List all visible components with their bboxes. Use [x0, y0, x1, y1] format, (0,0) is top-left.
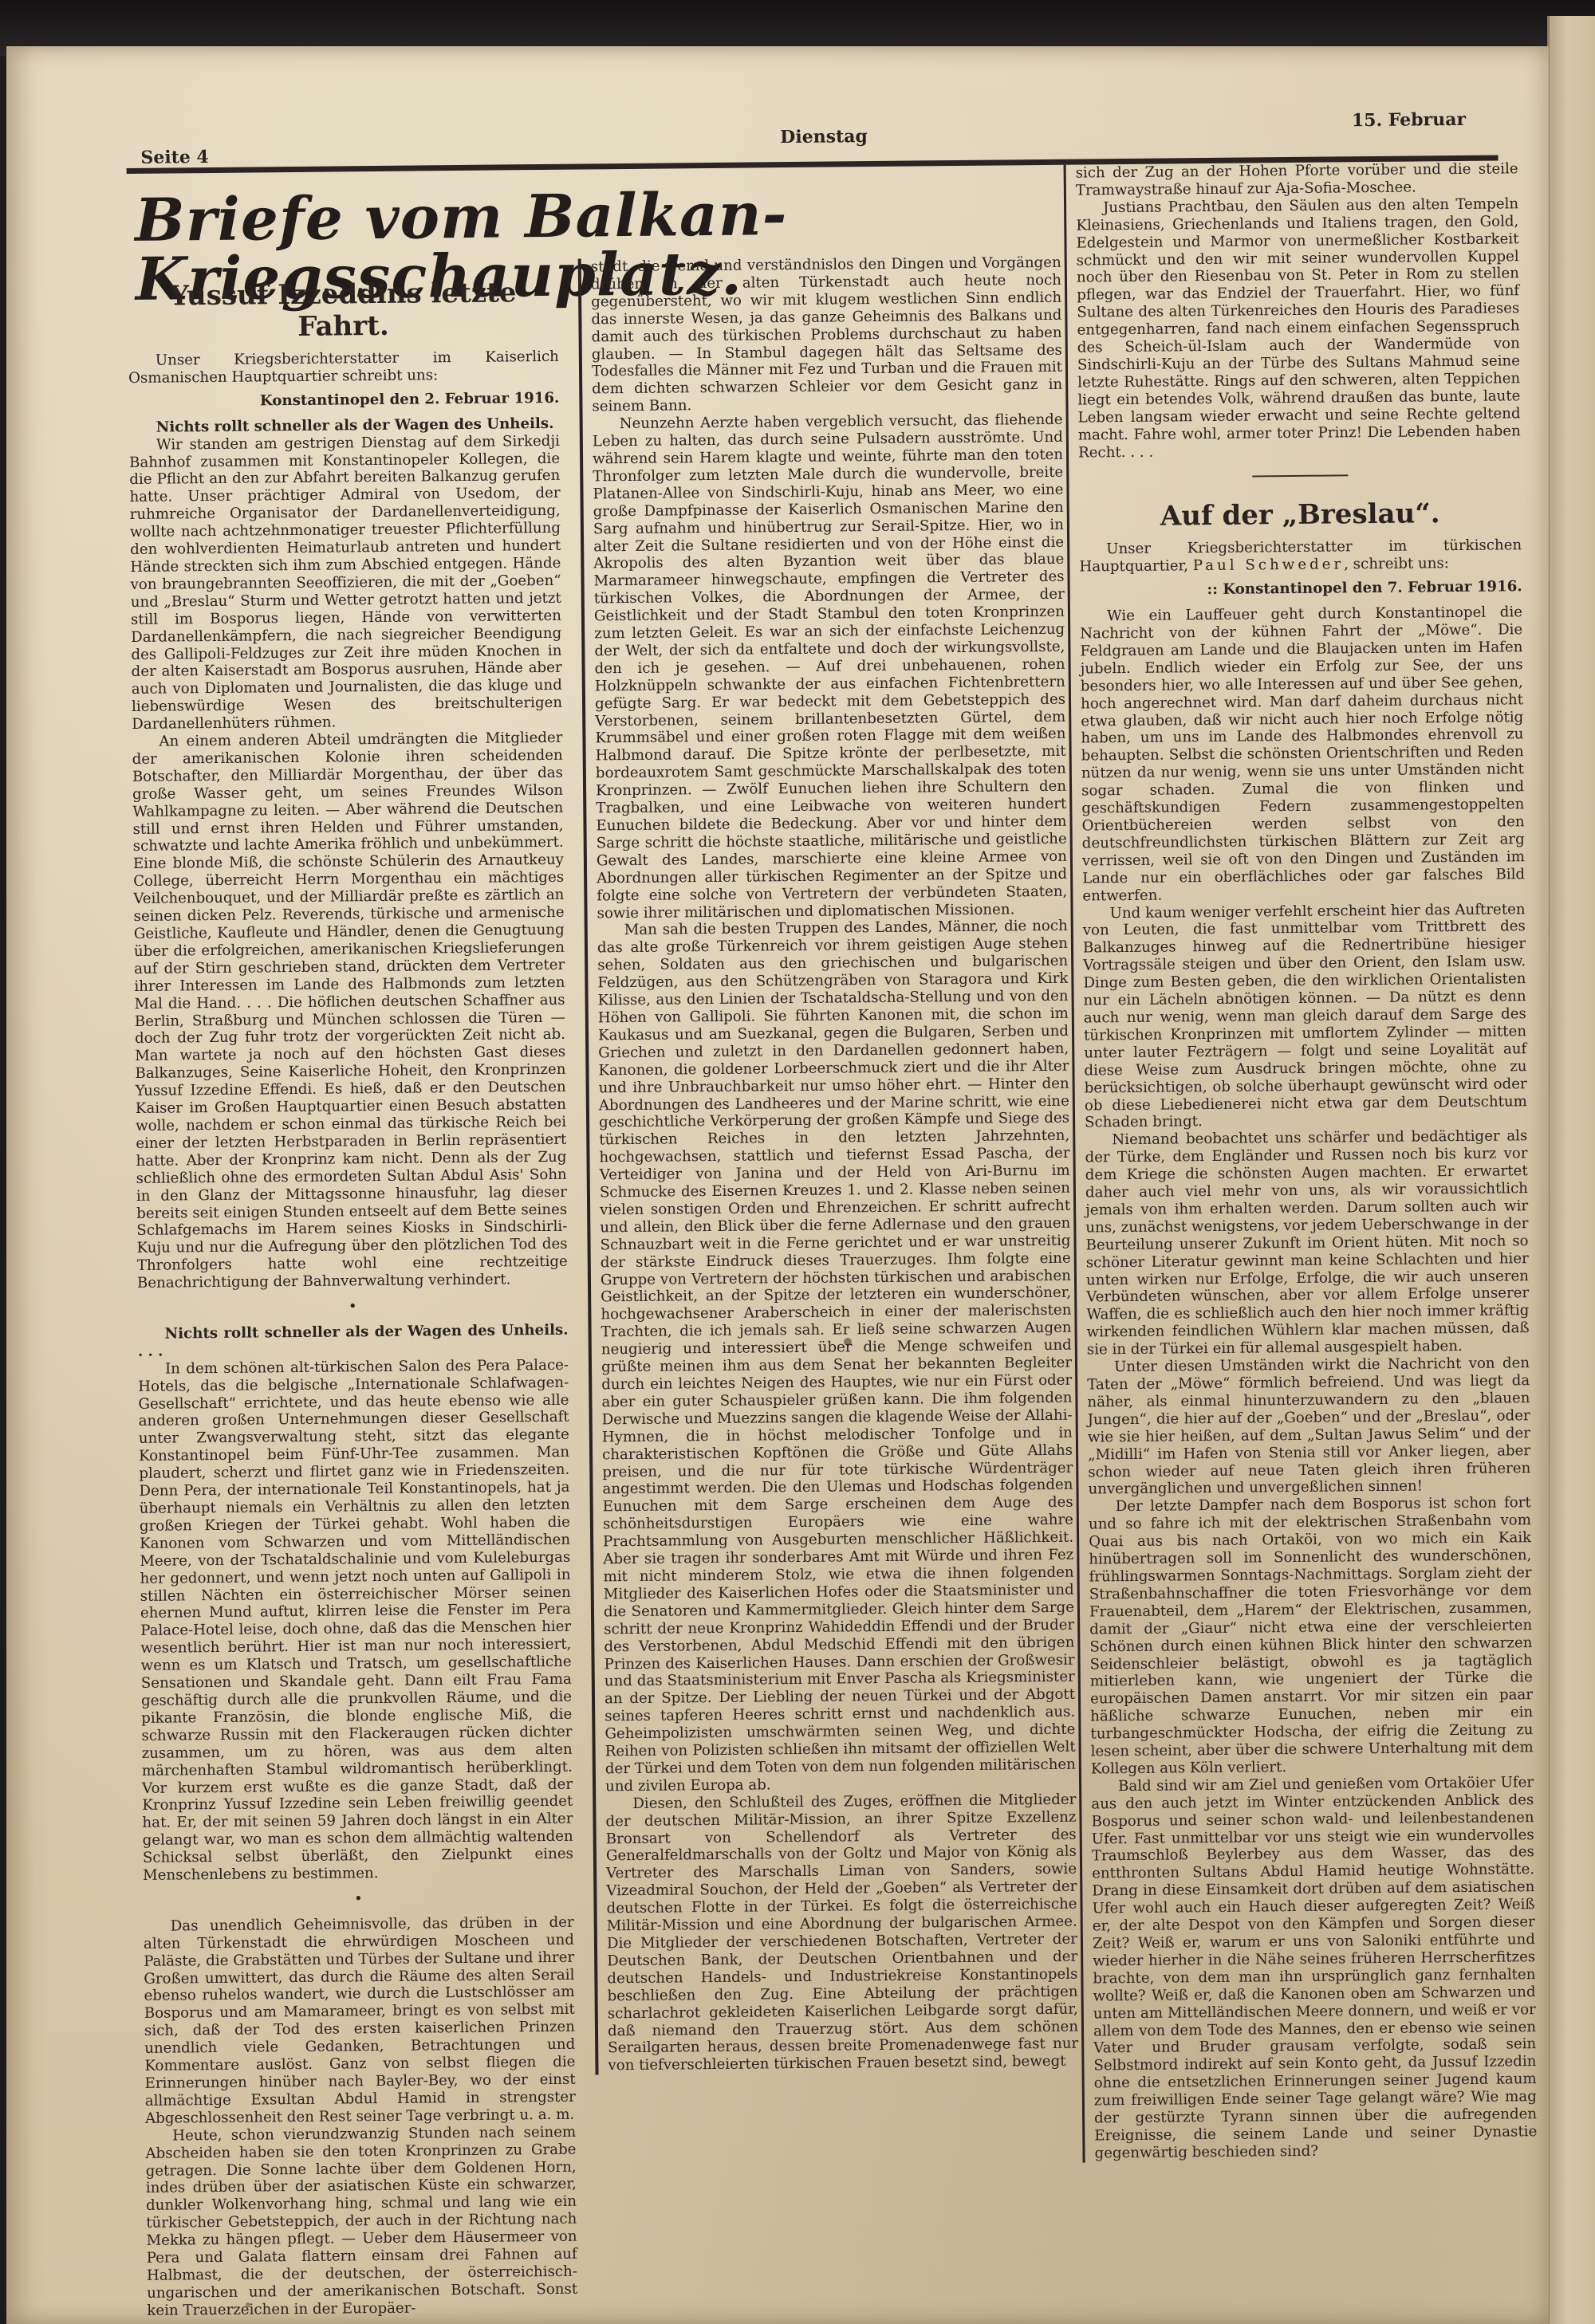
article-divider	[1252, 475, 1348, 478]
paragraph: Bald sind wir am Ziel und genießen vom O…	[1091, 1774, 1538, 2162]
paragraph: An einem anderen Abteil umdrängten die M…	[132, 729, 568, 1292]
paragraph: Und kaum weniger verfehlt erscheint hier…	[1082, 901, 1527, 1132]
paragraph: Wie ein Lauffeuer geht durch Konstantino…	[1080, 604, 1526, 905]
issue-date: 15. Februar	[1352, 109, 1466, 131]
paragraph: Neunzehn Aerzte haben vergeblich versuch…	[593, 411, 1068, 922]
adjacent-page-edge	[1547, 16, 1595, 2324]
article-dateline: :: Konstantinopel den 7. Februar 1916.	[1080, 578, 1522, 600]
section-separator: •	[143, 1889, 573, 1910]
column-1: Yussuf Izzeddins letzte Fahrt. Unser Kri…	[128, 273, 578, 2320]
article-byline: Unser Kriegsberichterstatter im Kaiserli…	[128, 348, 559, 387]
column-3: sich der Zug an der Hohen Pforte vorüber…	[1064, 160, 1538, 2162]
paragraph: Heute, schon vierundzwanzig Stunden nach…	[145, 2123, 577, 2319]
paragraph: Justians Prachtbau, den Säulen aus den a…	[1076, 195, 1521, 462]
weekday: Dienstag	[780, 126, 868, 147]
paragraph: sich der Zug an der Hohen Pforte vorüber…	[1076, 160, 1518, 199]
newspaper-page: Seite 4 Dienstag 15. Februar Briefe vom …	[6, 46, 1549, 2324]
column-2: stadt, die fremd und verständnislos den …	[578, 254, 1079, 2075]
page-number: Seite 4	[140, 147, 209, 168]
paragraph: Wir standen am gestrigen Dienstag auf de…	[129, 432, 563, 733]
article-title: Yussuf Izzeddins letzte Fahrt.	[128, 277, 559, 344]
paragraph: Das unendlich Geheimnisvolle, das drüben…	[144, 1914, 576, 2128]
article-lead: Nichts rollt schneller als der Wagen des…	[137, 1322, 568, 1361]
article-title: Auf der „Breslau“.	[1079, 497, 1522, 533]
paragraph: In dem schönen alt-türkischen Salon des …	[138, 1356, 573, 1884]
paragraph: Unter diesen Umständen wirkt die Nachric…	[1087, 1355, 1531, 1499]
paragraph: Der letzte Dampfer nach dem Bosporus ist…	[1089, 1495, 1534, 1779]
paragraph: Diesen, den Schlußteil des Zuges, eröffn…	[605, 1791, 1078, 2074]
paragraph: Man sah die besten Truppen des Landes, M…	[597, 918, 1076, 1795]
author-name: Paul Schweder	[1193, 556, 1345, 575]
article-byline: Unser Kriegsberichterstatter im türkisch…	[1079, 537, 1522, 576]
paragraph: stadt, die fremd und verständnislos den …	[591, 254, 1063, 416]
paragraph: Niemand beobachtet uns schärfer und bedä…	[1085, 1128, 1530, 1359]
page-content: Seite 4 Dienstag 15. Februar Briefe vom …	[126, 108, 1499, 174]
article-dateline: Konstantinopel den 2. Februar 1916.	[128, 390, 559, 411]
byline-text: , schreibt uns:	[1344, 555, 1449, 572]
section-separator: •	[137, 1296, 568, 1318]
